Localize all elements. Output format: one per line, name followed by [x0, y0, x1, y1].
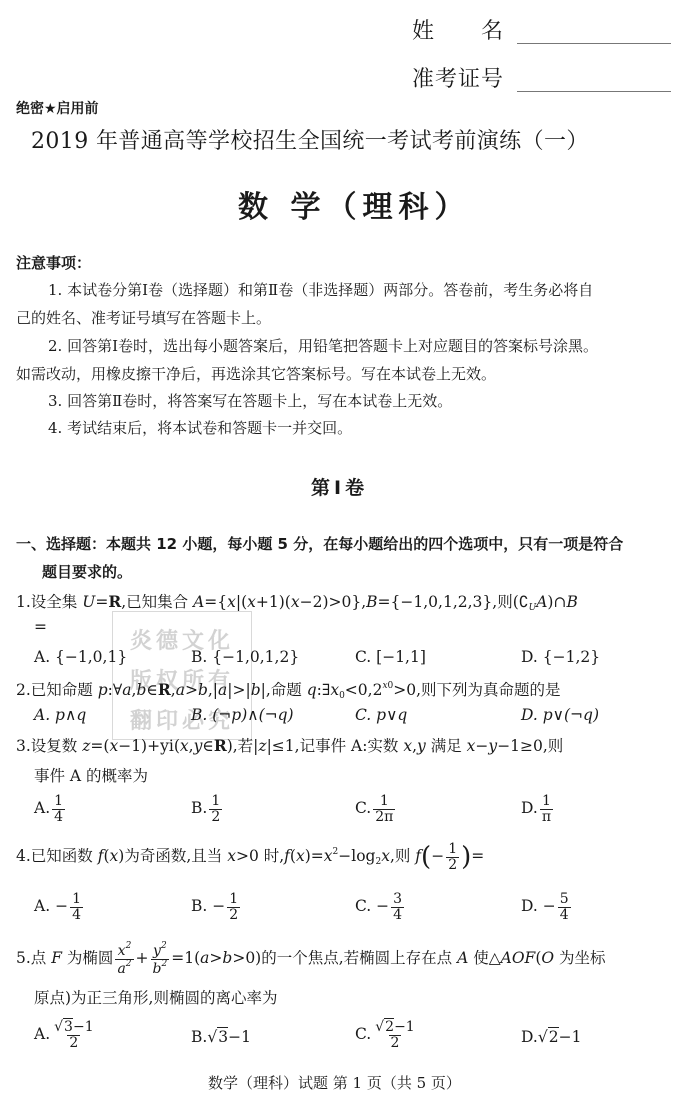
text: −: [431, 847, 444, 865]
denominator: 4: [70, 907, 83, 923]
sqrt-icon: √: [207, 1028, 217, 1046]
left-paren: (: [421, 842, 431, 872]
denominator: 2: [227, 907, 240, 923]
denominator: 4: [391, 907, 404, 923]
option-label: A.: [34, 897, 50, 915]
question-5-option-a[interactable]: A.√3−12: [34, 1020, 98, 1050]
text: −1: [228, 1028, 251, 1046]
question-4-stem: 4.已知函数 f(x)为奇函数,且当 x>0 时,f(x)=x2−log2x,则…: [16, 842, 484, 872]
question-1-option-d[interactable]: D. {−1,2}: [521, 648, 600, 666]
var: a: [200, 949, 209, 967]
question-4-option-a[interactable]: A. −14: [34, 892, 85, 922]
text: =1(: [171, 949, 200, 967]
text: y: [160, 737, 169, 755]
question-3-stem-line2: 事件 A 的概率为: [34, 764, 148, 786]
text: −1: [394, 1019, 415, 1035]
var: x: [381, 847, 390, 865]
option-label: D.: [521, 1028, 538, 1046]
denominator: π: [540, 809, 553, 825]
text: 点: [31, 949, 51, 967]
var: F: [51, 949, 62, 967]
option-label: B.: [191, 1028, 207, 1046]
text: −: [475, 737, 488, 755]
section-heading-line2: 题目要求的。: [42, 561, 132, 582]
var: a: [122, 681, 131, 699]
var: b: [198, 681, 208, 699]
text: |>|: [227, 681, 250, 699]
sign: −: [55, 897, 68, 915]
question-2-number: 2.: [16, 681, 31, 699]
text: =: [95, 593, 108, 611]
sqrt-icon: √: [375, 1019, 384, 1035]
option-label: C.: [355, 799, 371, 817]
text: >: [185, 681, 198, 699]
radicand: 3: [63, 1018, 73, 1035]
question-3-option-c[interactable]: C.12π: [355, 794, 397, 824]
var: p: [98, 681, 108, 699]
question-1-option-c[interactable]: C. [−1,1]: [355, 648, 426, 666]
var: O: [541, 949, 554, 967]
var: A: [457, 949, 468, 967]
denominator: 4: [52, 809, 65, 825]
question-5-stem: 5.点 F 为椭圆x2a2+y2b2=1(a>b>0)的一个焦点,若椭圆上存在点…: [16, 942, 606, 976]
right-paren: ): [461, 842, 471, 872]
notice-item-4: 4. 考试结束后，将本试卷和答题卡一并交回。: [48, 414, 352, 442]
text: ={: [204, 593, 227, 611]
option-label: D.: [521, 897, 538, 915]
var: x: [330, 681, 339, 699]
text: +: [136, 949, 149, 967]
fraction: 54: [558, 892, 571, 922]
denominator: 4: [558, 907, 571, 923]
question-5-option-d[interactable]: D.√2−1: [521, 1028, 581, 1046]
question-2-option-b[interactable]: B. (¬p)∧(¬q): [191, 706, 294, 724]
var: A: [193, 593, 204, 611]
question-1-stem: 1.设全集 U=R,已知集合 A={x|(x+1)(x−2)>0},B={−1,…: [16, 590, 578, 613]
notice-item-2-line2: 如需改动，用橡皮擦干净后，再选涂其它答案标号。写在本试卷上无效。: [16, 360, 496, 388]
text: |≤1,记事件 A:实数: [267, 737, 404, 755]
sign: −: [376, 897, 389, 915]
fraction: 12: [227, 892, 240, 922]
var: x: [227, 847, 236, 865]
numerator: 1: [70, 892, 83, 907]
var: A: [536, 593, 547, 611]
var: x: [291, 593, 300, 611]
radicand: 2: [384, 1018, 394, 1035]
name-field-line[interactable]: [517, 43, 671, 44]
text: i(: [169, 737, 180, 755]
var: AOF: [501, 949, 536, 967]
volume-title: 第Ⅰ卷: [311, 473, 368, 500]
var: x: [180, 737, 189, 755]
denominator: 2: [389, 1035, 402, 1051]
sqrt-icon: √: [54, 1019, 63, 1035]
question-1-number: 1.: [16, 593, 31, 611]
notice-item-1-line2: 己的姓名、准考证号填写在答题卡上。: [16, 304, 271, 332]
text: >0)的一个焦点,若椭圆上存在点: [232, 949, 457, 967]
fraction: √2−12: [373, 1020, 416, 1050]
text: :∃: [317, 681, 331, 699]
text: ∈: [202, 737, 213, 755]
question-1-option-b[interactable]: B. {−1,0,1,2}: [191, 648, 299, 666]
numerator: 1: [540, 794, 553, 809]
var: x: [109, 737, 118, 755]
text: 满足: [426, 737, 467, 755]
text: 2: [162, 959, 168, 969]
text: |(: [236, 593, 247, 611]
notice-heading: 注意事项：: [16, 252, 91, 273]
fraction: 34: [391, 892, 404, 922]
var: R: [158, 680, 171, 699]
option-label: A.: [34, 799, 50, 817]
text: −1: [559, 1028, 582, 1046]
numerator: 1: [378, 794, 391, 809]
question-4-option-b[interactable]: B. −12: [191, 892, 242, 922]
question-1-option-a[interactable]: A. {−1,0,1}: [34, 648, 127, 666]
text: ,已知集合: [121, 593, 193, 611]
text: ={−1,0,1,2,3},则(: [378, 593, 519, 611]
exam-id-field-line[interactable]: [517, 91, 671, 92]
name-field-label: 姓 名: [412, 14, 504, 45]
option-label: D.: [521, 799, 538, 817]
numerator: 1: [227, 892, 240, 907]
var: x: [118, 943, 126, 959]
text: 2: [161, 941, 167, 951]
text: >0 时,: [236, 847, 284, 865]
text: =(: [90, 737, 109, 755]
question-3-option-b[interactable]: B.12: [191, 794, 224, 824]
numerator: 1: [209, 794, 222, 809]
text: )为奇函数,且当: [118, 847, 227, 865]
option-label: A.: [34, 1025, 50, 1043]
fraction: 12: [209, 794, 222, 824]
notice-item-3: 3. 回答第Ⅱ卷时，将答案写在答题卡上，写在本试卷上无效。: [48, 387, 452, 415]
text: 2: [126, 959, 132, 969]
var: x: [296, 847, 305, 865]
text: ∈: [146, 681, 157, 699]
question-1-stem-line2: =: [34, 618, 47, 636]
text: −log: [338, 847, 375, 865]
fraction: x2a2: [115, 942, 133, 976]
var: b: [136, 681, 146, 699]
question-3-stem: 3.设复数 z=(x−1)+yi(x,y∈R),若|z|≤1,记事件 A:实数 …: [16, 734, 563, 756]
numerator: 5: [558, 892, 571, 907]
question-2-option-a[interactable]: A. p∧q: [34, 706, 86, 724]
fraction: 14: [52, 794, 65, 824]
text: −1: [73, 1019, 94, 1035]
text: −2)>0},: [300, 593, 367, 611]
text: ),若|: [227, 737, 259, 755]
var: b: [222, 949, 232, 967]
text: >: [209, 949, 222, 967]
text: 已知函数: [31, 847, 98, 865]
text: 为坐标: [554, 949, 605, 967]
var: U: [82, 593, 95, 611]
question-5-option-c[interactable]: C.√2−12: [355, 1020, 419, 1050]
var: y: [488, 737, 497, 755]
text: 使△: [468, 949, 500, 967]
fraction: √3−12: [52, 1020, 95, 1050]
text: +1)(: [256, 593, 291, 611]
sign: −: [212, 897, 225, 915]
question-4-number: 4.: [16, 847, 31, 865]
denominator: 2: [67, 1035, 80, 1051]
question-2-option-d[interactable]: D. p∨(¬q): [521, 706, 599, 724]
text: )∩: [547, 593, 566, 611]
page-footer: 数学（理科）试题 第 1 页（共 5 页）: [208, 1072, 461, 1093]
question-3-number: 3.: [16, 737, 31, 755]
notice-item-2-line1: 2. 回答第Ⅰ卷时，选出每小题答案后，用铅笔把答题卡上对应题目的答案标号涂黑。: [48, 332, 598, 360]
var: a: [218, 681, 227, 699]
numerator: 1: [52, 794, 65, 809]
var: x: [247, 593, 256, 611]
section-heading-line1: 一、选择题：本题共 12 小题，每小题 5 分，在每小题给出的四个选项中，只有一…: [16, 533, 623, 554]
var: x: [403, 737, 412, 755]
var: R: [108, 592, 121, 611]
subject-title: 数 学（理科）: [238, 182, 470, 226]
var: B: [566, 593, 577, 611]
text: 2: [126, 941, 132, 951]
fraction: 12: [446, 842, 459, 872]
var: a: [176, 681, 185, 699]
radicand: 2: [548, 1027, 559, 1046]
var: b: [153, 961, 162, 977]
sqrt-icon: √: [538, 1028, 548, 1046]
question-2-stem: 2.已知命题 p:∀a,b∈R,a>b,|a|>|b|,命题 q:∃x0<0,2…: [16, 678, 561, 701]
text: 已知命题: [31, 681, 98, 699]
var: R: [214, 736, 227, 755]
text: 设复数: [31, 737, 82, 755]
text: <0,2: [345, 681, 383, 699]
notice-item-1-line1: 1. 本试卷分第Ⅰ卷（选择题）和第Ⅱ卷（非选择题）两部分。答卷前，考生务必将自: [48, 276, 593, 304]
question-2-option-c[interactable]: C. p∨q: [355, 706, 407, 724]
text: ∁: [519, 593, 529, 611]
text: 设全集: [31, 593, 82, 611]
question-3-option-d[interactable]: D.1π: [521, 794, 555, 824]
option-label: C.: [355, 897, 371, 915]
numerator: 3: [391, 892, 404, 907]
var: x: [110, 847, 119, 865]
var: z: [258, 737, 266, 755]
var: y: [417, 737, 426, 755]
var: q: [307, 681, 317, 699]
var: x: [227, 593, 236, 611]
var: y: [153, 943, 161, 959]
text: :∀: [108, 681, 123, 699]
sign: −: [543, 897, 556, 915]
numerator: 1: [446, 842, 459, 857]
text: 为椭圆: [62, 949, 113, 967]
exam-title: 2019 年普通高等学校招生全国统一考试考前演练（一）: [31, 124, 589, 155]
denominator: 2: [446, 857, 459, 873]
fraction: y2b2: [151, 942, 170, 976]
exam-id-field-label: 准考证号: [412, 62, 504, 93]
option-label: C.: [355, 1025, 371, 1043]
denominator: 2π: [373, 809, 395, 825]
text: ,|: [208, 681, 218, 699]
text: )=: [305, 847, 324, 865]
text: |,命题: [261, 681, 307, 699]
text: ,则: [390, 847, 415, 865]
option-label: B.: [191, 897, 207, 915]
var: a: [117, 961, 125, 977]
option-label: B.: [191, 799, 207, 817]
var: y: [194, 737, 203, 755]
radicand: 3: [217, 1027, 228, 1046]
text: >0,则下列为真命题的是: [393, 681, 560, 699]
question-3-option-a[interactable]: A.14: [34, 794, 67, 824]
question-5-stem-line2: 原点)为正三角形,则椭圆的离心率为: [34, 986, 277, 1008]
question-4-option-d[interactable]: D. −54: [521, 892, 573, 922]
question-4-option-c[interactable]: C. −34: [355, 892, 406, 922]
fraction: 14: [70, 892, 83, 922]
fraction: 1π: [540, 794, 553, 824]
fraction: 12π: [373, 794, 395, 824]
var: B: [366, 593, 377, 611]
var: b: [251, 681, 261, 699]
text: =: [471, 847, 484, 865]
question-5-number: 5.: [16, 949, 31, 967]
secret-mark: 绝密★启用前: [16, 98, 99, 118]
denominator: 2: [209, 809, 222, 825]
question-5-option-b[interactable]: B.√3−1: [191, 1028, 251, 1046]
text: −1≥0,则: [497, 737, 563, 755]
var: x: [324, 847, 333, 865]
text: −1)+: [118, 737, 160, 755]
